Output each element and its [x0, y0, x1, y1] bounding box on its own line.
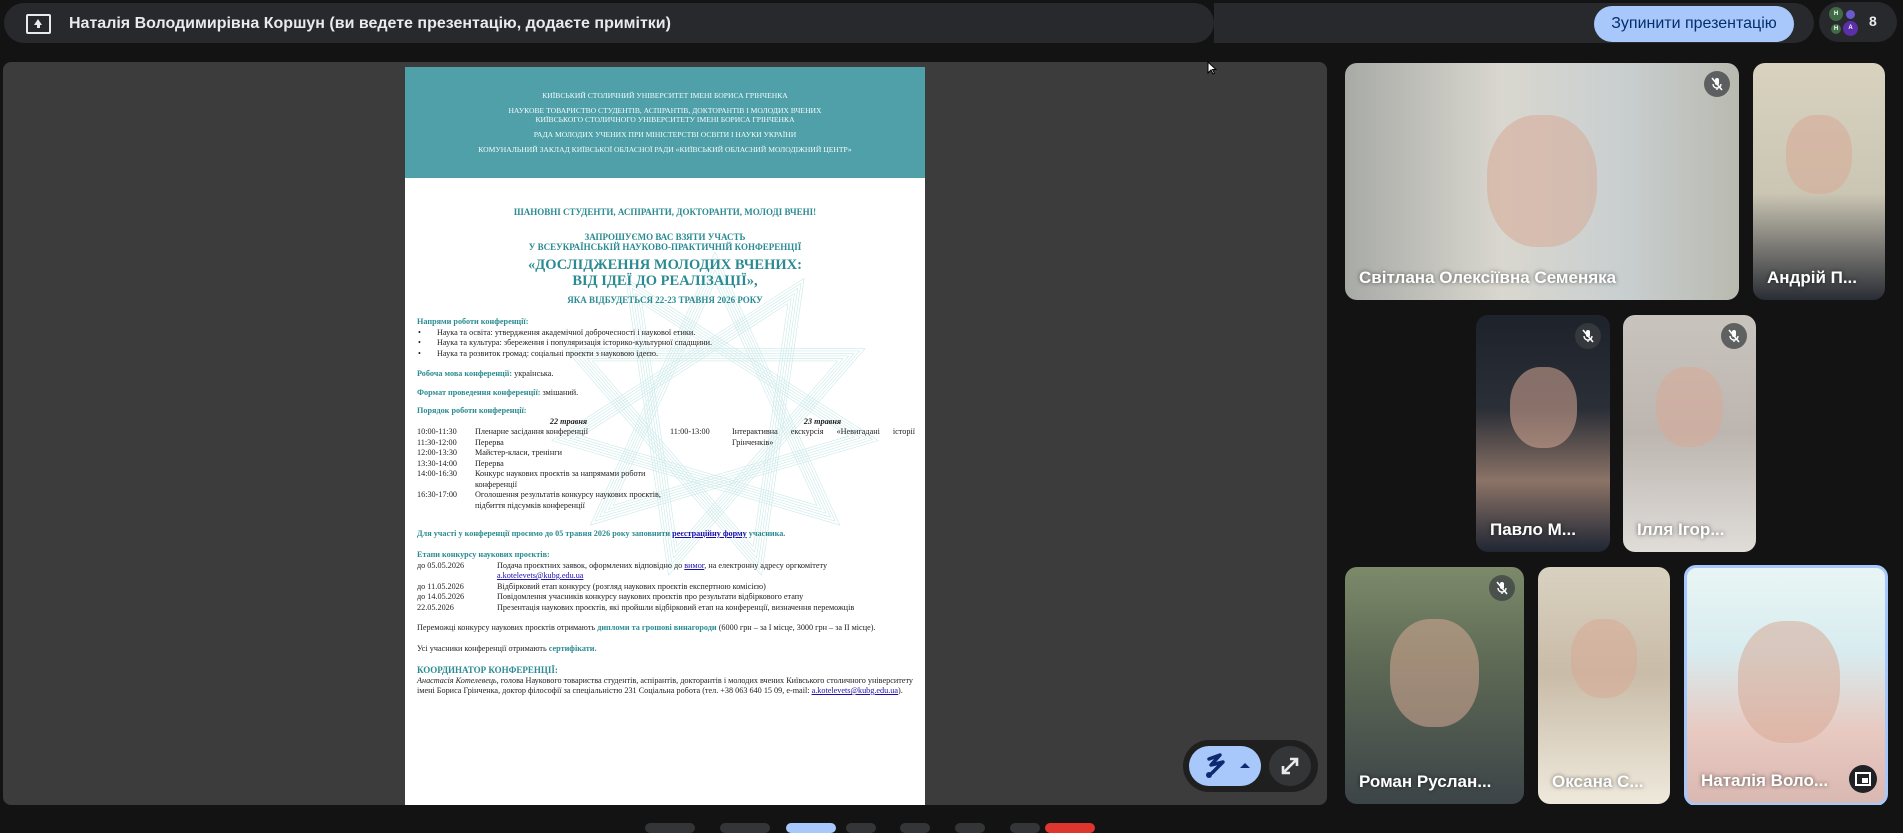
certificates-line: Усі учасники конференції отримають серти…: [417, 644, 913, 655]
header-line: КОМУНАЛЬНИЙ ЗАКЛАД КИЇВСЬКОЇ ОБЛАСНОЇ РА…: [405, 145, 925, 154]
list-item: Наука та освіта: утвердження академічної…: [417, 328, 913, 339]
stage-text: , на електронну адресу оргкомітету: [704, 561, 827, 570]
invite-line-1: ЗАПРОШУЄМО ВАС ВЗЯТИ УЧАСТЬ: [417, 232, 913, 242]
schedule-row: 10:00-11:30Пленарне засідання конференці…: [417, 427, 662, 438]
day-2-label: 23 травня: [670, 417, 915, 428]
stage-description: Повідомлення учасників конкурсу наукових…: [497, 592, 803, 603]
header-line: КИЇВСЬКИЙ СТОЛИЧНИЙ УНІВЕРСИТЕТ ІМЕНІ БО…: [405, 91, 925, 100]
mouse-cursor-icon: [1207, 61, 1217, 75]
stage-row: 22.05.2026Презентація наукових проєктів,…: [417, 603, 913, 614]
directions-list: Наука та освіта: утвердження академічної…: [417, 328, 913, 360]
schedule-time: 11:00-13:00: [670, 427, 732, 448]
winners-text-end: (6000 грн – за І місце, 3000 грн – за ІІ…: [719, 623, 876, 632]
participant-tile[interactable]: Андрій П...: [1753, 63, 1885, 300]
coordinator-name: Анастасія Котелевець,: [417, 676, 499, 685]
expand-button[interactable]: [1269, 746, 1311, 786]
shared-document: КИЇВСЬКИЙ СТОЛИЧНИЙ УНІВЕРСИТЕТ ІМЕНІ БО…: [405, 67, 925, 805]
schedule-time: 13:30-14:00: [417, 459, 475, 470]
registration-form-link[interactable]: реєстраційну форму: [672, 529, 747, 538]
participant-tile[interactable]: Світлана Олексіївна Семеняка: [1345, 63, 1739, 300]
stage-description: Презентація наукових проєктів, які пройш…: [497, 603, 854, 614]
schedule: 22 травня 10:00-11:30Пленарне засідання …: [417, 417, 913, 527]
requirements-link[interactable]: вимог: [684, 561, 704, 570]
presentation-stage: КИЇВСЬКИЙ СТОЛИЧНИЙ УНІВЕРСИТЕТ ІМЕНІ БО…: [3, 62, 1327, 805]
list-item: Наука та розвиток громад: соціальні проє…: [417, 349, 913, 360]
participant-tile[interactable]: Ілля Ігор...: [1623, 315, 1756, 552]
schedule-row: 11:30-12:00Перерва: [417, 438, 662, 449]
participant-tile[interactable]: Оксана С...: [1538, 567, 1670, 804]
schedule-activity: Майстер-класи, тренінги: [475, 448, 562, 459]
stage-description: Подача проєктних заявок, оформлених відп…: [497, 561, 827, 582]
invite-line: ЗАПРОШУЄМО ВАС ВЗЯТИ УЧАСТЬ У ВСЕУКРАЇНС…: [417, 232, 913, 252]
bottom-toolbar: [0, 805, 1903, 825]
stage-date: до 05.05.2026: [417, 561, 497, 582]
participant-video: [1571, 619, 1637, 698]
presenter-title: Наталія Володимирівна Коршун (ви ведете …: [69, 15, 671, 33]
stage-text: Повідомлення учасників конкурсу наукових…: [497, 592, 803, 601]
conference-title-2: ВІД ІДЕЇ ДО РЕАЛІЗАЦІЇ»,: [417, 273, 913, 289]
header-line: РАДА МОЛОДИХ УЧЕНИХ ПРИ МІНІСТЕРСТВІ ОСВ…: [405, 130, 925, 139]
schedule-time: 11:30-12:00: [417, 438, 475, 449]
coordinator-email-link[interactable]: a.kotelevets@kubg.edu.ua: [812, 686, 898, 695]
avatar: А: [1843, 21, 1858, 36]
stage-text: Презентація наукових проєктів, які пройш…: [497, 603, 854, 612]
language-value: українська.: [514, 369, 553, 378]
avatar: Н: [1831, 24, 1841, 34]
stage-description: Відбірковий етап конкурсу (розгляд науко…: [497, 582, 766, 593]
stage-text: Подача проєктних заявок, оформлених відп…: [497, 561, 682, 570]
day-1-label: 22 травня: [417, 417, 662, 428]
winners-highlight: дипломи та грошові винагороди: [597, 623, 716, 632]
format-line: Формат проведення конференції: змішаний.: [417, 388, 913, 399]
language-label: Робоча мова конференції:: [417, 369, 512, 378]
language-line: Робоча мова конференції: українська.: [417, 369, 913, 380]
schedule-row: 11:00-13:00Інтерактивна екскурсія «Невиг…: [670, 427, 915, 448]
stages-list: до 05.05.2026Подача проєктних заявок, оф…: [417, 561, 913, 614]
expand-icon: [1269, 746, 1311, 786]
presentation-banner: Наталія Володимирівна Коршун (ви ведете …: [4, 3, 1214, 43]
participant-video: [1738, 621, 1840, 743]
coordinator-end: ).: [898, 686, 903, 695]
schedule-activity: Оголошення результатів конкурсу наукових…: [475, 490, 662, 511]
participants-count: 8: [1869, 13, 1877, 29]
schedule-time: 14:00-16:30: [417, 469, 475, 490]
participant-video: [1656, 367, 1723, 447]
mic-off-icon: [1575, 323, 1601, 349]
participant-name: Світлана Олексіївна Семеняка: [1359, 268, 1616, 288]
schedule-heading: Порядок роботи конференції:: [417, 406, 913, 417]
schedule-row: 14:00-16:30Конкурс наукових проєктів за …: [417, 469, 662, 490]
schedule-activity: Перерва: [475, 438, 504, 449]
participant-name: Андрій П...: [1767, 268, 1857, 288]
schedule-activity: Конкурс наукових проєктів за напрямами р…: [475, 469, 662, 490]
registration-text-end: учасника.: [749, 529, 786, 538]
registration-text: Для участі у конференції просимо до 05 т…: [417, 529, 670, 538]
stage-date: до 14.05.2026: [417, 592, 497, 603]
winners-text: Переможці конкурсу наукових проєктів отр…: [417, 623, 595, 632]
pip-icon: [1849, 765, 1877, 793]
coordinator-heading: КООРДИНАТОР КОНФЕРЕНЦІЇ:: [417, 665, 913, 676]
schedule-activity: Перерва: [475, 459, 504, 470]
stage-row: до 14.05.2026Повідомлення учасників конк…: [417, 592, 913, 603]
participant-video: [1487, 115, 1597, 247]
certificates-text: Усі учасники конференції отримають: [417, 644, 547, 653]
participant-avatars: Н Н А: [1829, 7, 1861, 37]
greeting: ШАНОВНІ СТУДЕНТИ, АСПІРАНТИ, ДОКТОРАНТИ,…: [417, 207, 913, 218]
schedule-time: 16:30-17:00: [417, 490, 475, 511]
annotate-icon: [1189, 746, 1261, 786]
winners-paragraph: Переможці конкурсу наукових проєктів отр…: [417, 623, 913, 634]
invite-line-2: У ВСЕУКРАЇНСЬКІЙ НАУКОВО-ПРАКТИЧНІЙ КОНФ…: [417, 242, 913, 252]
schedule-row: 16:30-17:00Оголошення результатів конкур…: [417, 490, 662, 511]
stop-presenting-button[interactable]: Зупинити презентацію: [1594, 6, 1794, 42]
participant-name: Павло М...: [1490, 520, 1576, 540]
schedule-activity: Інтерактивна екскурсія «Невигадані істор…: [732, 427, 915, 448]
stage-date: до 11.05.2026: [417, 582, 497, 593]
stage-text: Відбірковий етап конкурсу (розгляд науко…: [497, 582, 766, 591]
directions-heading: Напрями роботи конференції:: [417, 317, 913, 328]
participant-video: [1390, 619, 1480, 726]
stage-row: до 11.05.2026Відбірковий етап конкурсу (…: [417, 582, 913, 593]
conference-date: ЯКА ВІДБУДЕТЬСЯ 22-23 ТРАВНЯ 2026 РОКУ: [417, 295, 913, 306]
format-value: змішаний.: [543, 388, 579, 397]
participant-tile[interactable]: Павло М...: [1476, 315, 1610, 552]
list-item: Наука та культура: збереження і популяри…: [417, 338, 913, 349]
document-body: ШАНОВНІ СТУДЕНТИ, АСПІРАНТИ, ДОКТОРАНТИ,…: [405, 207, 925, 697]
participant-video: [1510, 367, 1577, 447]
participant-name: Роман Руслан...: [1359, 772, 1491, 792]
stages-heading: Етапи конкурсу наукових проєктів:: [417, 550, 913, 561]
present-to-all-icon: [26, 14, 51, 34]
picture-in-picture-button[interactable]: [1849, 765, 1877, 793]
schedule-row: 13:30-14:00Перерва: [417, 459, 662, 470]
schedule-time: 10:00-11:30: [417, 427, 475, 438]
conference-title-1: «ДОСЛІДЖЕННЯ МОЛОДИХ ВЧЕНИХ:: [417, 257, 913, 273]
participant-tile[interactable]: Роман Руслан...: [1345, 567, 1524, 804]
format-label: Формат проведення конференції:: [417, 388, 540, 397]
presentation-controls: [1183, 740, 1318, 792]
coordinator-paragraph: Анастасія Котелевець, голова Наукового т…: [417, 676, 913, 697]
mic-off-icon: [1721, 323, 1747, 349]
registration-line: Для участі у конференції просимо до 05 т…: [417, 529, 913, 540]
avatar: Н: [1829, 7, 1843, 21]
top-bar: Наталія Володимирівна Коршун (ви ведете …: [0, 0, 1903, 46]
header-line: КИЇВСЬКОГО СТОЛИЧНОГО УНІВЕРСИТЕТУ ІМЕНІ…: [405, 115, 925, 124]
schedule-time: 12:00-13:30: [417, 448, 475, 459]
stage-row: до 05.05.2026Подача проєктних заявок, оф…: [417, 561, 913, 582]
header-line: НАУКОВЕ ТОВАРИСТВО СТУДЕНТІВ, АСПІРАНТІВ…: [405, 106, 925, 115]
email-link[interactable]: a.kotelevets@kubg.edu.ua: [497, 571, 583, 580]
certificates-highlight: сертифікати.: [549, 644, 597, 653]
stage-date: 22.05.2026: [417, 603, 497, 614]
mic-off-icon: [1489, 575, 1515, 601]
conference-title: «ДОСЛІДЖЕННЯ МОЛОДИХ ВЧЕНИХ: ВІД ІДЕЇ ДО…: [417, 257, 913, 289]
schedule-activity: Пленарне засідання конференції: [475, 427, 588, 438]
participant-name: Ілля Ігор...: [1637, 520, 1724, 540]
annotate-button[interactable]: [1189, 746, 1261, 786]
participant-video: [1786, 115, 1852, 194]
document-header: КИЇВСЬКИЙ СТОЛИЧНИЙ УНІВЕРСИТЕТ ІМЕНІ БО…: [405, 67, 925, 178]
participants-button[interactable]: Н Н А 8: [1819, 2, 1897, 42]
participant-tile[interactable]: Наталія Воло...: [1684, 565, 1888, 806]
participant-name: Наталія Воло...: [1701, 771, 1828, 791]
schedule-day-1: 22 травня 10:00-11:30Пленарне засідання …: [417, 417, 662, 512]
mic-off-icon: [1704, 71, 1730, 97]
participant-name: Оксана С...: [1552, 772, 1644, 792]
avatar: [1846, 10, 1855, 19]
schedule-row: 12:00-13:30Майстер-класи, тренінги: [417, 448, 662, 459]
schedule-day-2: 23 травня 11:00-13:00Інтерактивна екскур…: [670, 417, 915, 449]
